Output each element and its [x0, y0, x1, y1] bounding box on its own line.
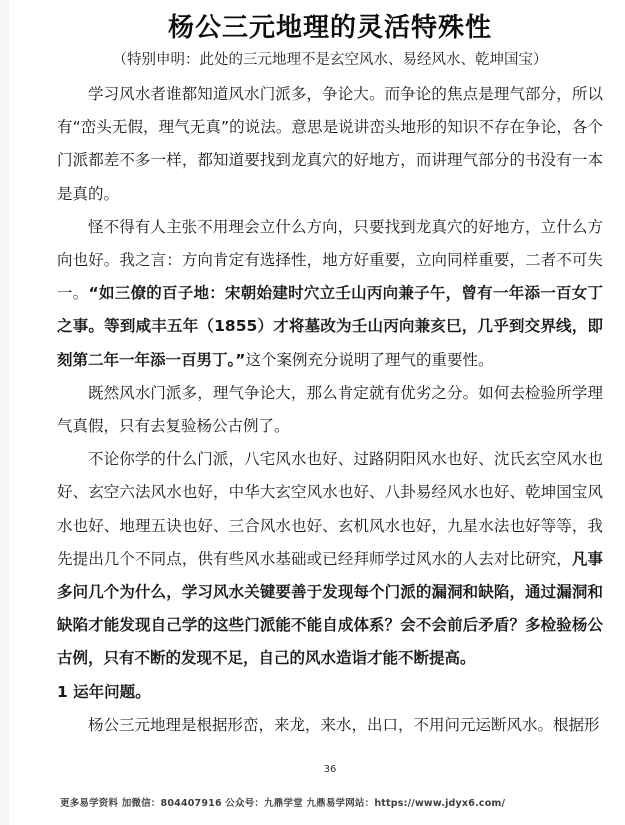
text-segment: 既然风水门派多，理气争论大，那么肯定就有优劣之分。如何去检验所学理气真假，只有去… — [57, 384, 603, 435]
page-edge-strip — [0, 0, 9, 825]
document-content: 杨公三元地理的灵活特殊性 （特别申明：此处的三元地理不是玄空风水、易经风水、乾坤… — [57, 10, 603, 742]
page-number: 36 — [57, 764, 603, 775]
section-heading: 1 运年问题。 — [57, 676, 603, 709]
text-segment: 这个案例充分说明了理气的重要性。 — [245, 351, 493, 369]
text-segment-bold: 1 运年问题。 — [57, 683, 151, 701]
paragraph: 学习风水者谁都知道风水门派多，争论大。而争论的焦点是理气部分，所以有“峦头无假，… — [57, 78, 603, 211]
text-segment: 学习风水者谁都知道风水门派多，争论大。而争论的焦点是理气部分，所以有“峦头无假，… — [57, 85, 603, 203]
body-text: 学习风水者谁都知道风水门派多，争论大。而争论的焦点是理气部分，所以有“峦头无假，… — [57, 78, 603, 742]
paragraph: 既然风水门派多，理气争论大，那么肯定就有优劣之分。如何去检验所学理气真假，只有去… — [57, 377, 603, 443]
paragraph: 怪不得有人主张不用理会立什么方向，只要找到龙真穴的好地方，立什么方向也好。我之言… — [57, 211, 603, 377]
paragraph: 不论你学的什么门派，八宅风水也好、过路阴阳风水也好、沈氏玄空风水也好、玄空六法风… — [57, 443, 603, 675]
doc-title: 杨公三元地理的灵活特殊性 — [57, 10, 603, 46]
footer-watermark: 更多易学资料 加微信：804407916 公众号：九鼎学堂 九鼎易学网站：htt… — [60, 795, 505, 809]
paragraph: 杨公三元地理是根据形峦，来龙，来水，出口，不用问元运断风水。根据形 — [57, 709, 603, 742]
doc-subtitle: （特别申明：此处的三元地理不是玄空风水、易经风水、乾坤国宝） — [57, 50, 603, 70]
text-segment: 杨公三元地理是根据形峦，来龙，来水，出口，不用问元运断风水。根据形 — [88, 716, 600, 734]
document-page: 杨公三元地理的灵活特殊性 （特别申明：此处的三元地理不是玄空风水、易经风水、乾坤… — [0, 0, 625, 825]
text-segment: 不论你学的什么门派，八宅风水也好、过路阴阳风水也好、沈氏玄空风水也好、玄空六法风… — [57, 450, 603, 568]
